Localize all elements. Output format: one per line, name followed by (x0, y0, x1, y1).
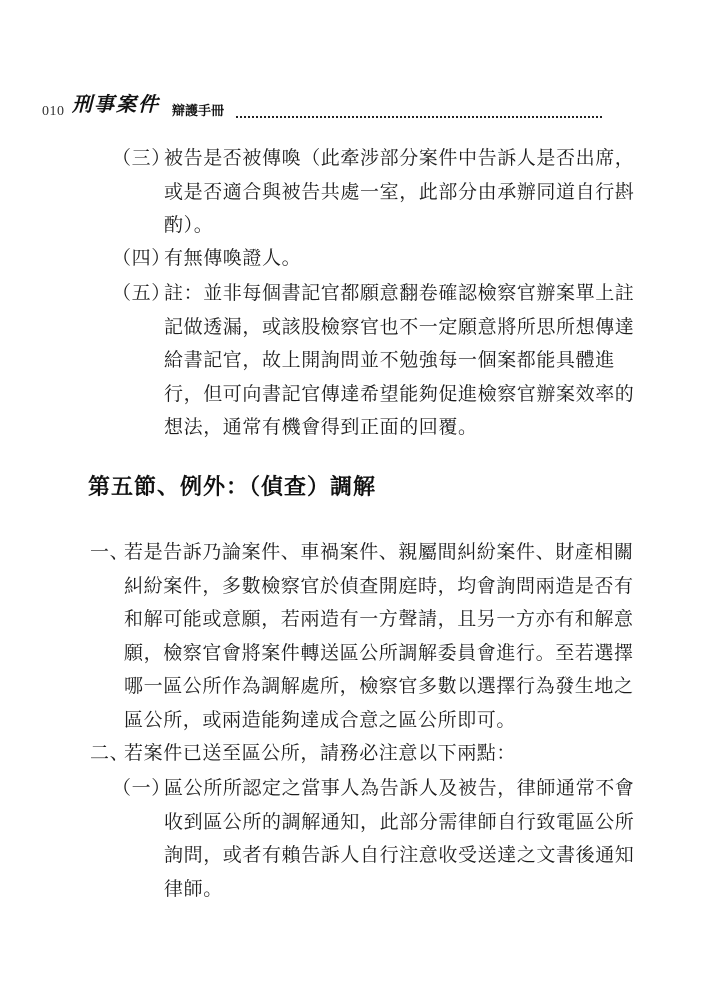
sub-item-line: 區公所所認定之當事人為告訴人及被告，律師通常不會 (164, 776, 634, 800)
point-line: 糾紛案件，多數檢察官於偵查開庭時，均會詢問兩造是否有 (124, 574, 634, 598)
book-title-sub: 辯護手冊 (172, 100, 224, 119)
item-line: 註：並非每個書記官都願意翻卷確認檢察官辦案單上註 (164, 281, 634, 305)
item-marker: （五） (112, 281, 171, 305)
point-line: 哪一區公所作為調解處所，檢察官多數以選擇行為發生地之 (124, 674, 634, 698)
page-number: 010 (42, 104, 65, 120)
item-line: 行，但可向書記官傳達希望能夠促進檢察官辦案效率的 (164, 382, 634, 406)
item-line: 給書記官，故上開詢問並不勉強每一個案都能具體進 (164, 348, 615, 372)
item-line: 酌）。 (164, 213, 213, 237)
sub-item-line: 詢問，或者有賴告訴人自行注意收受送達之文書後通知 (164, 843, 634, 867)
item-line: 有無傳喚證人。 (164, 246, 301, 270)
point-line: 區公所，或兩造能夠達成合意之區公所即可。 (124, 708, 516, 732)
item-line: 被告是否被傳喚（此牽涉部分案件中告訴人是否出席， (164, 146, 634, 170)
item-line: 記做透漏，或該股檢察官也不一定願意將所思所想傳達 (164, 315, 634, 339)
book-title-main: 刑事案件 (72, 88, 160, 117)
header-dotted-rule (236, 116, 602, 118)
section-heading: 第五節、例外：（偵查）調解 (88, 470, 376, 501)
running-header: 010 刑事案件 辯護手冊 (0, 86, 705, 126)
item-marker: （四） (112, 246, 171, 270)
item-line: 或是否適合與被告共處一室，此部分由承辦同道自行斟 (164, 180, 634, 204)
point-line: 若是告訴乃論案件、車禍案件、親屬間糾紛案件、財產相關 (124, 540, 634, 564)
item-marker: （三） (112, 146, 171, 170)
sub-item-line: 收到區公所的調解通知，此部分需律師自行致電區公所 (164, 810, 634, 834)
point-line: 願，檢察官會將案件轉送區公所調解委員會進行。至若選擇 (124, 641, 634, 665)
sub-item-marker: （一） (112, 776, 171, 800)
item-line: 想法，通常有機會得到正面的回覆。 (164, 415, 478, 439)
point-line: 若案件已送至區公所，請務必注意以下兩點： (124, 741, 516, 765)
sub-item-line: 律師。 (164, 877, 223, 901)
point-line: 和解可能或意願，若兩造有一方聲請，且另一方亦有和解意 (124, 607, 634, 631)
